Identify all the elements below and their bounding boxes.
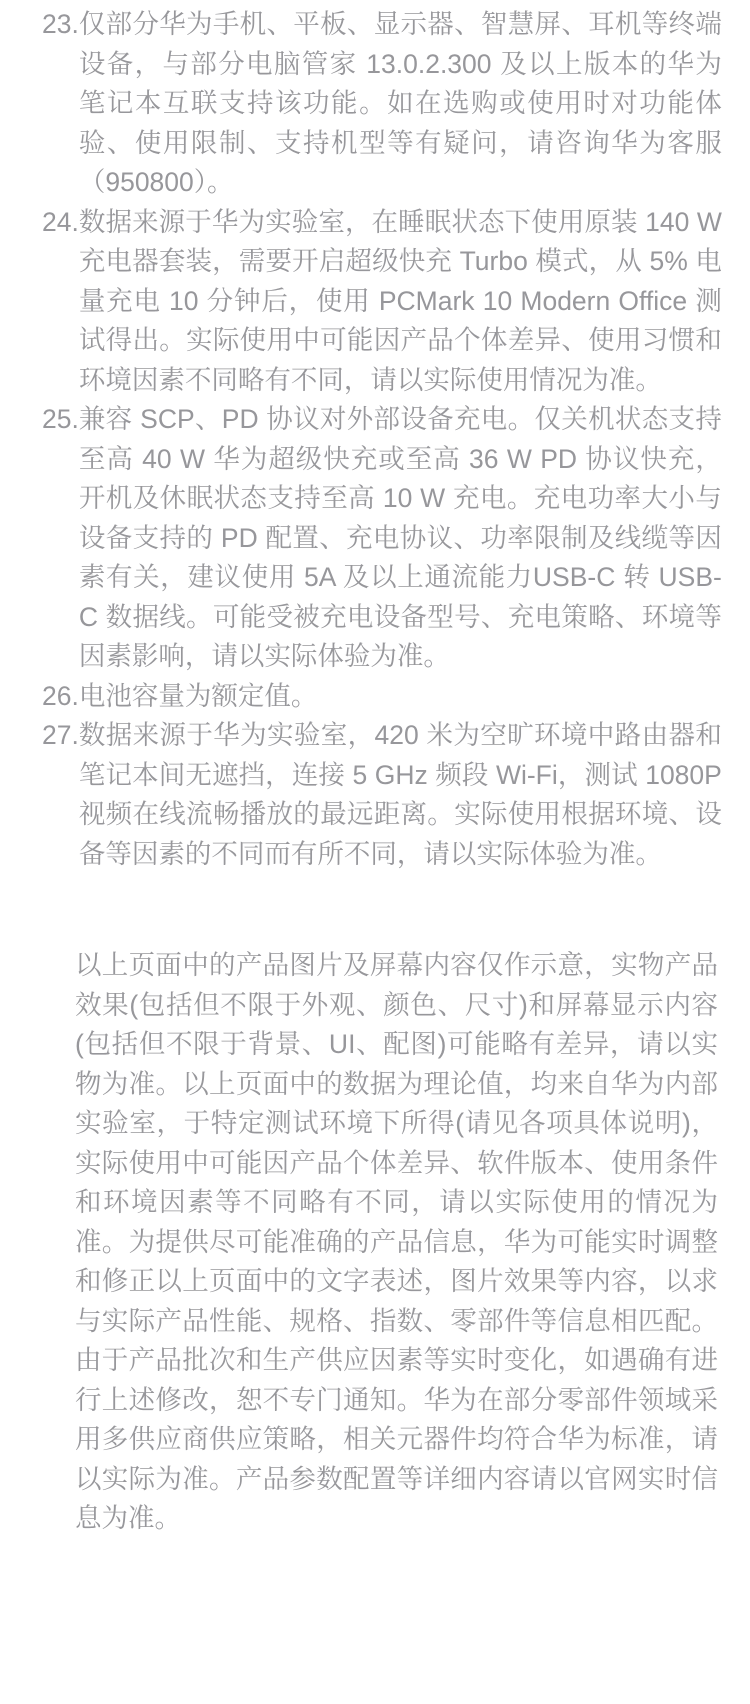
- footnote-text: 数据来源于华为实验室，在睡眠状态下使用原装 140 W 充电器套装，需要开启超级…: [79, 203, 722, 401]
- footnotes-section: 23. 仅部分华为手机、平板、显示器、智慧屏、耳机等终端设备，与部分电脑管家 1…: [0, 0, 750, 1539]
- footnote-text: 兼容 SCP、PD 协议对外部设备充电。仅关机状态支持至高 40 W 华为超级快…: [79, 400, 722, 677]
- footnote-item: 27. 数据来源于华为实验室，420 米为空旷环境中路由器和笔记本间无遮挡，连接…: [42, 716, 750, 874]
- footnote-item: 25. 兼容 SCP、PD 协议对外部设备充电。仅关机状态支持至高 40 W 华…: [42, 400, 750, 677]
- footnote-item: 23. 仅部分华为手机、平板、显示器、智慧屏、耳机等终端设备，与部分电脑管家 1…: [42, 5, 750, 203]
- footnote-text: 仅部分华为手机、平板、显示器、智慧屏、耳机等终端设备，与部分电脑管家 13.0.…: [79, 5, 722, 203]
- footnote-item: 26. 电池容量为额定值。: [42, 677, 750, 717]
- footnote-list: 23. 仅部分华为手机、平板、显示器、智慧屏、耳机等终端设备，与部分电脑管家 1…: [42, 5, 750, 874]
- disclaimer-paragraph: 以上页面中的产品图片及屏幕内容仅作示意，实物产品效果(包括但不限于外观、颜色、尺…: [75, 946, 718, 1539]
- footnote-number: 25.: [42, 400, 79, 440]
- footnote-number: 27.: [42, 716, 79, 756]
- footnote-text: 数据来源于华为实验室，420 米为空旷环境中路由器和笔记本间无遮挡，连接 5 G…: [79, 716, 722, 874]
- footnote-item: 24. 数据来源于华为实验室，在睡眠状态下使用原装 140 W 充电器套装，需要…: [42, 203, 750, 401]
- footnote-text: 电池容量为额定值。: [79, 677, 722, 717]
- footnote-number: 26.: [42, 677, 79, 717]
- footnote-number: 23.: [42, 5, 79, 45]
- footnote-number: 24.: [42, 203, 79, 243]
